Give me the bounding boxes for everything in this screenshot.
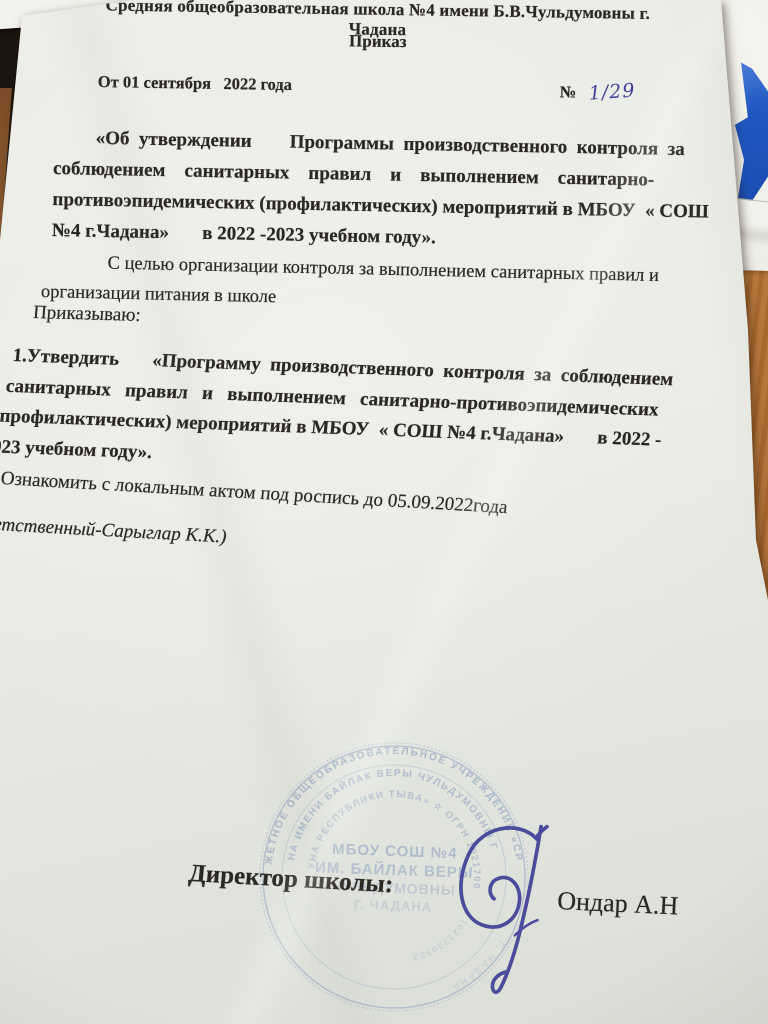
signatory-name: Ондар А.Н: [557, 886, 679, 921]
order-word: Приказываю:: [32, 302, 141, 327]
document-paper-wrap: Средняя общеобразовательная школа №4 име…: [0, 0, 768, 1024]
number-value-handwritten: 1/29: [588, 79, 636, 104]
date-row: От 01 сентября 2022 года №1/29: [98, 72, 698, 101]
number-label: №: [560, 82, 577, 101]
number-group: №1/29: [560, 80, 636, 103]
subject-paragraph: «Об утверждении Программы производственн…: [52, 122, 702, 258]
responsible-note: етственный-Сарыглар К.К.): [0, 514, 227, 549]
date-line: От 01 сентября 2022 года: [98, 72, 292, 94]
signature-ink-flick: [515, 920, 538, 936]
director-signature: [418, 815, 561, 1002]
item1-paragraph: 1.Утвердить «Программу производственного…: [3, 341, 674, 487]
document-paper: Средняя общеобразовательная школа №4 име…: [0, 0, 768, 1024]
